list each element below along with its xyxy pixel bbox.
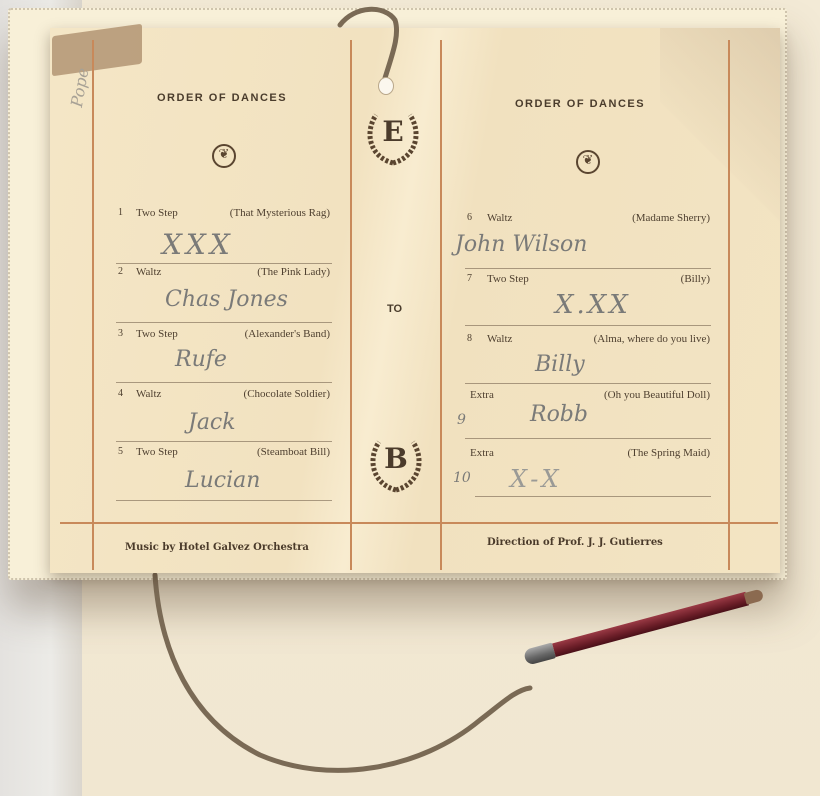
dance-row-extra-1: Extra (Oh you Beautiful Doll) xyxy=(470,389,710,405)
dance-number: 1 xyxy=(118,207,123,218)
margin-note: 9 xyxy=(457,412,466,428)
dance-row-extra-2: Extra (The Spring Maid) xyxy=(470,447,710,463)
signature-line xyxy=(116,263,332,264)
dance-number: 3 xyxy=(118,328,123,339)
dance-tune: (Madame Sherry) xyxy=(632,212,710,224)
dance-type: Extra xyxy=(470,447,494,459)
dance-type: Two Step xyxy=(136,446,178,458)
signature: Chas Jones xyxy=(165,287,288,312)
dance-type: Two Step xyxy=(136,328,178,340)
monogram-letter: E xyxy=(362,115,424,148)
dance-tune: (The Spring Maid) xyxy=(628,447,710,459)
dance-type: Extra xyxy=(470,389,494,401)
dance-tune: (Billy) xyxy=(681,273,710,285)
dance-tune: (Alma, where do you live) xyxy=(594,333,710,345)
signature-line xyxy=(465,438,711,439)
signature: Jack xyxy=(188,410,236,435)
right-footer: Direction of Prof. J. J. Gutierres xyxy=(487,537,663,548)
signature-line xyxy=(475,496,711,497)
signature: Lucian xyxy=(185,468,260,493)
signature: Robb xyxy=(530,402,588,427)
dance-type: Two Step xyxy=(487,273,529,285)
signature-line xyxy=(465,325,711,326)
signature: X-X xyxy=(510,465,563,493)
ornament-icon: ❦ xyxy=(576,150,600,174)
dance-number: 5 xyxy=(118,446,123,457)
signature-line xyxy=(465,268,711,269)
dance-type: Waltz xyxy=(136,266,161,278)
signature-line xyxy=(116,382,332,383)
dance-row-6: 6 Waltz (Madame Sherry) xyxy=(467,212,710,228)
dance-number: 7 xyxy=(467,273,472,284)
signature-line xyxy=(116,441,332,442)
dance-type: Waltz xyxy=(487,333,512,345)
signature: XXX xyxy=(162,228,234,261)
signature: John Wilson xyxy=(455,232,587,257)
signature-line xyxy=(465,383,711,384)
dance-number: 2 xyxy=(118,266,123,277)
left-footer: Music by Hotel Galvez Orchestra xyxy=(125,542,309,553)
dance-tune: (That Mysterious Rag) xyxy=(230,207,330,219)
dance-row-5: 5 Two Step (Steamboat Bill) xyxy=(118,446,330,462)
to-label: TO xyxy=(387,303,402,315)
dance-number: 6 xyxy=(467,212,472,223)
signature: Rufe xyxy=(175,347,227,372)
punch-hole xyxy=(378,77,394,95)
dance-row-1: 1 Two Step (That Mysterious Rag) xyxy=(118,207,330,223)
right-heading: ORDER OF DANCES xyxy=(515,98,645,110)
dance-row-8: 8 Waltz (Alma, where do you live) xyxy=(467,333,710,349)
dance-tune: (Steamboat Bill) xyxy=(257,446,330,458)
ornament-icon: ❦ xyxy=(212,144,236,168)
left-heading: ORDER OF DANCES xyxy=(157,92,287,104)
dance-type: Two Step xyxy=(136,207,178,219)
pencil-tip xyxy=(744,589,764,605)
dance-row-3: 3 Two Step (Alexander's Band) xyxy=(118,328,330,344)
dance-row-2: 2 Waltz (The Pink Lady) xyxy=(118,266,330,282)
signature-line xyxy=(116,500,332,501)
monogram-crest-bottom: B xyxy=(365,432,427,494)
dance-row-7: 7 Two Step (Billy) xyxy=(467,273,710,289)
signature: Billy xyxy=(535,352,585,377)
dance-number: 8 xyxy=(467,333,472,344)
dance-tune: (Oh you Beautiful Doll) xyxy=(604,389,710,401)
dance-type: Waltz xyxy=(136,388,161,400)
margin-note: 10 xyxy=(453,470,471,486)
dance-type: Waltz xyxy=(487,212,512,224)
monogram-crest-top: E xyxy=(362,105,424,167)
signature: X.XX xyxy=(555,290,631,320)
dance-tune: (Chocolate Soldier) xyxy=(244,388,330,400)
signature-line xyxy=(116,322,332,323)
dance-tune: (The Pink Lady) xyxy=(257,266,330,278)
dance-tune: (Alexander's Band) xyxy=(245,328,330,340)
monogram-letter: B xyxy=(365,442,427,475)
dance-number: 4 xyxy=(118,388,123,399)
dance-row-4: 4 Waltz (Chocolate Soldier) xyxy=(118,388,330,404)
